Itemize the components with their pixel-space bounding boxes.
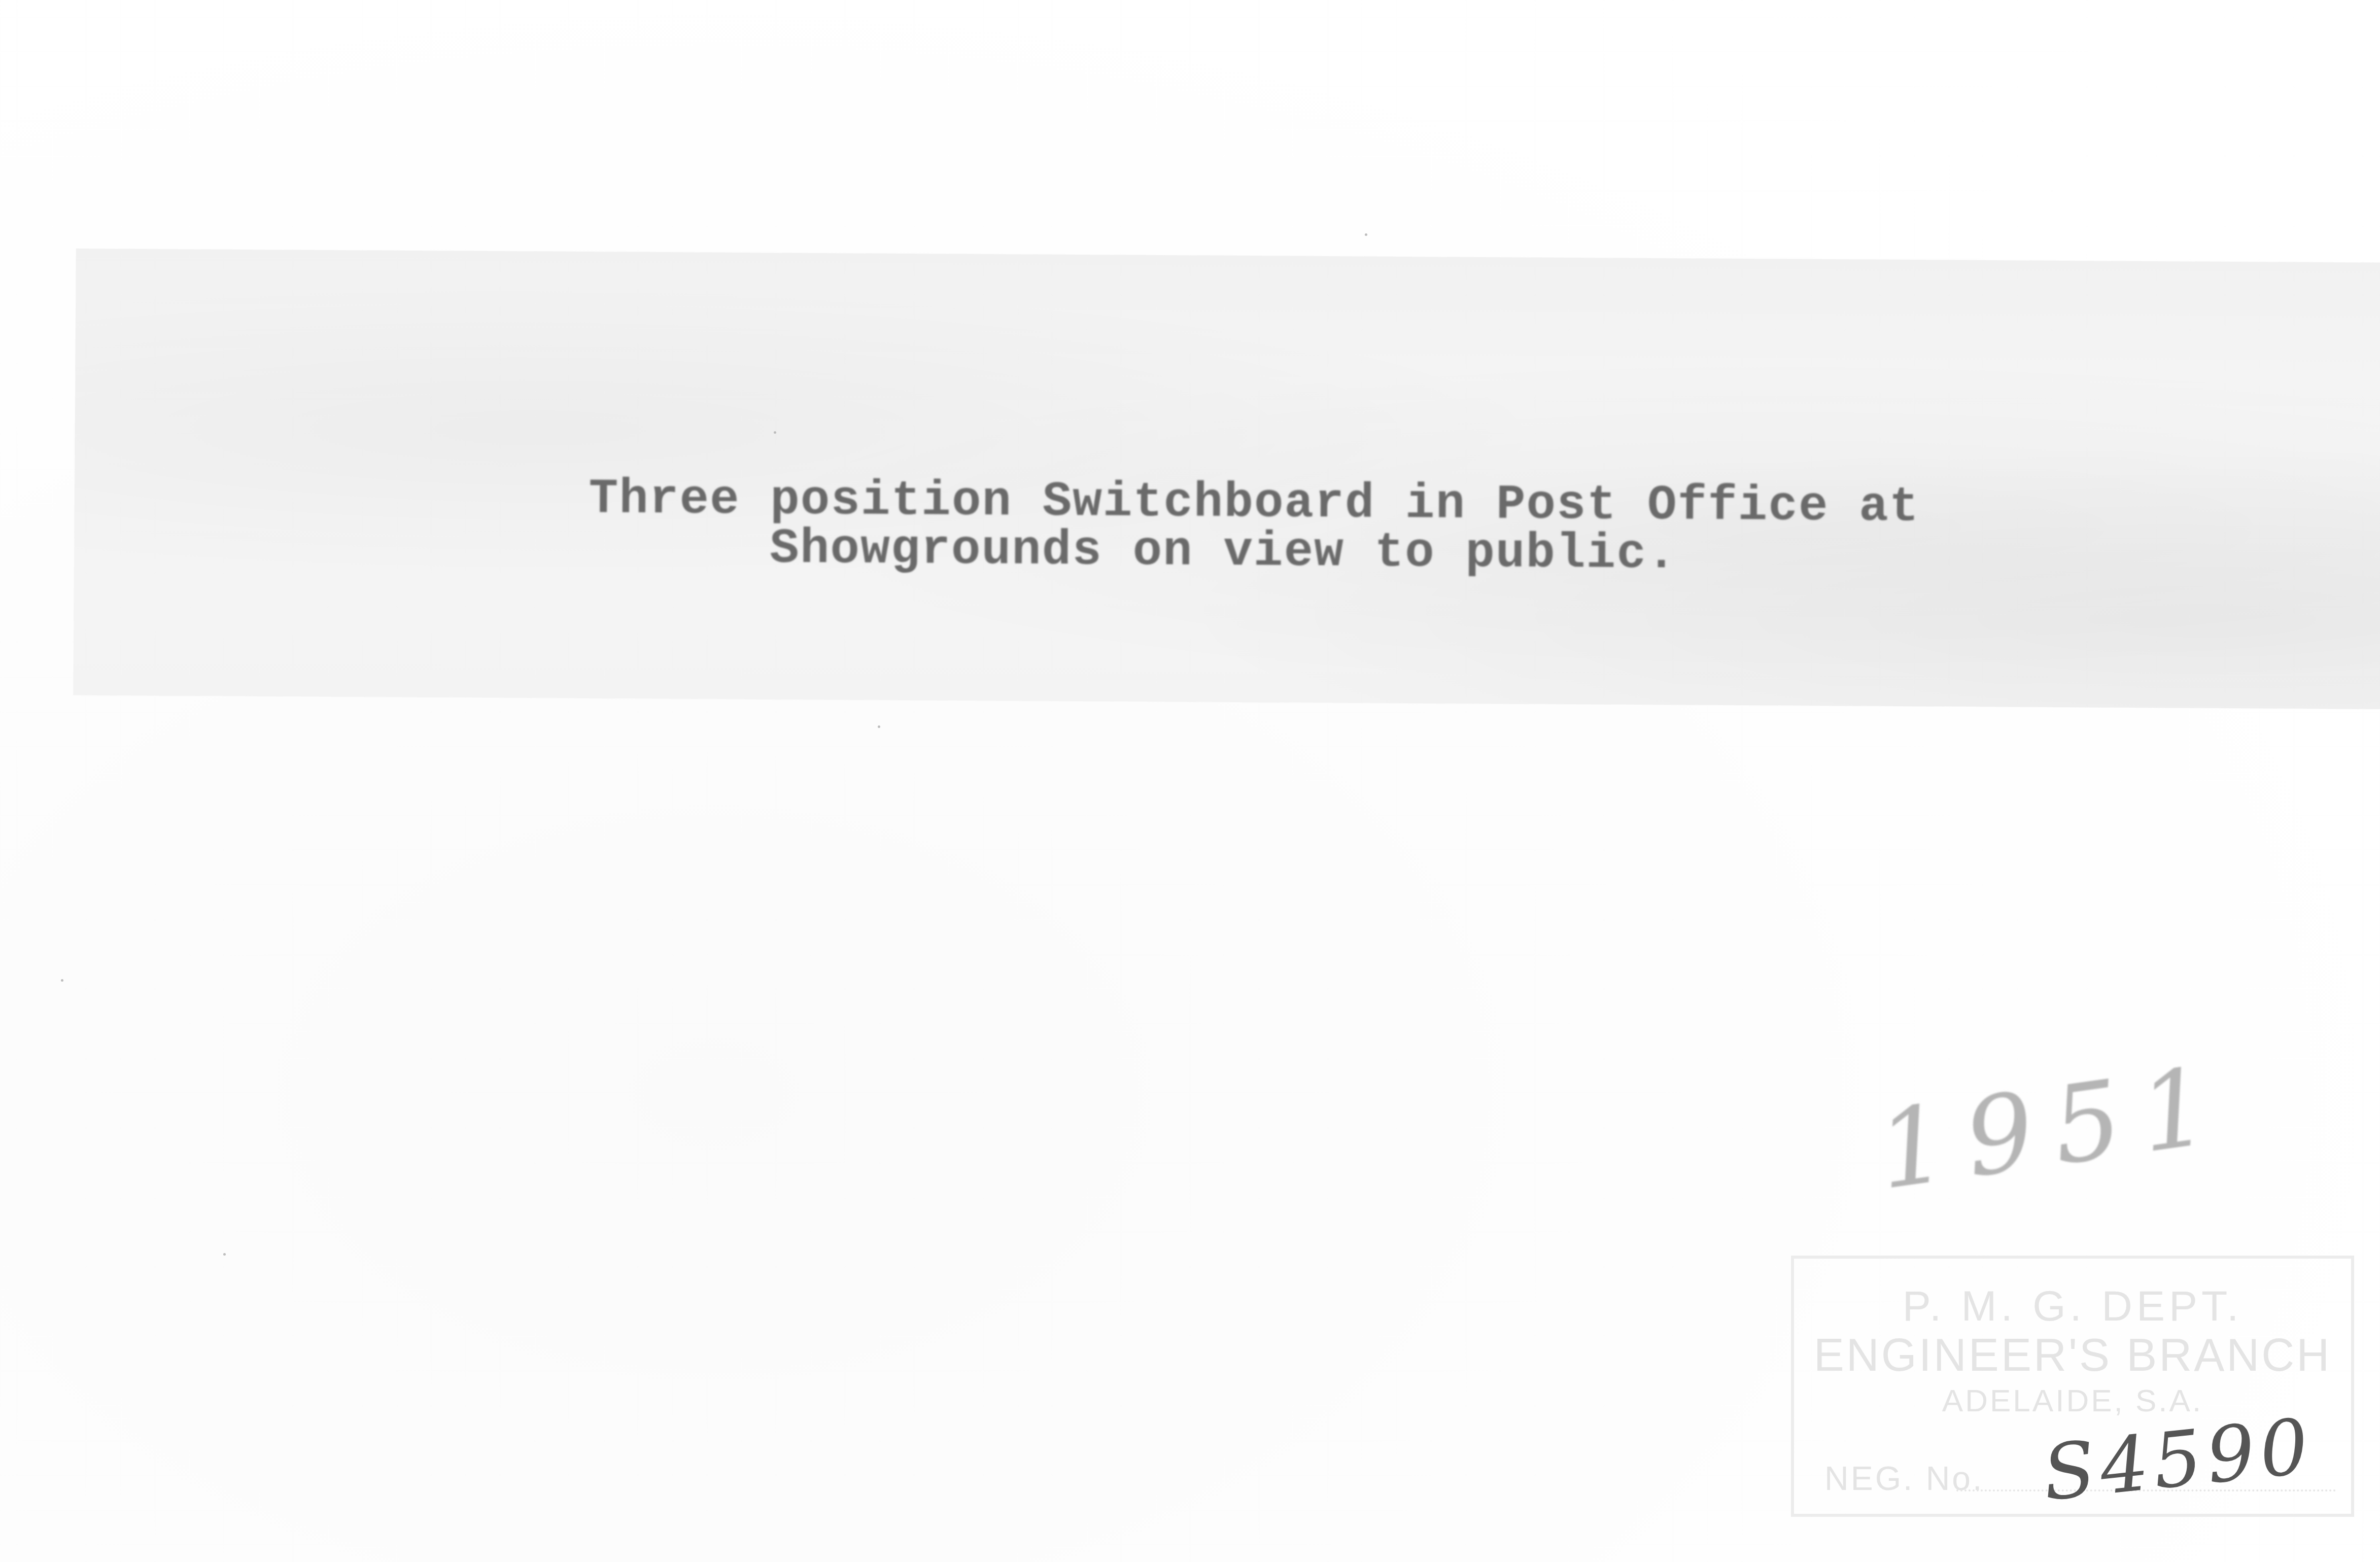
paper-speck bbox=[223, 1253, 226, 1256]
paper-speck bbox=[61, 979, 63, 982]
handwritten-year: 1951 bbox=[1870, 1042, 2236, 1213]
typed-caption: Three position Switchboard in Post Offic… bbox=[74, 472, 2380, 583]
paper-speck bbox=[774, 431, 776, 434]
stamp-branch: ENGINEER'S BRANCH bbox=[1794, 1330, 2351, 1382]
paper-speck bbox=[1365, 233, 1367, 236]
stamp-neg-label: NEG. No. bbox=[1824, 1459, 1984, 1498]
stamp-department: P. M. G. DEPT. bbox=[1794, 1281, 2351, 1331]
paper-speck bbox=[878, 725, 880, 728]
negative-number: S4590 bbox=[2039, 1402, 2318, 1518]
pasted-caption-strip: Three position Switchboard in Post Offic… bbox=[74, 249, 2380, 709]
department-stamp: P. M. G. DEPT. ENGINEER'S BRANCH ADELAID… bbox=[1791, 1256, 2354, 1517]
archive-page: Three position Switchboard in Post Offic… bbox=[0, 0, 2380, 1562]
